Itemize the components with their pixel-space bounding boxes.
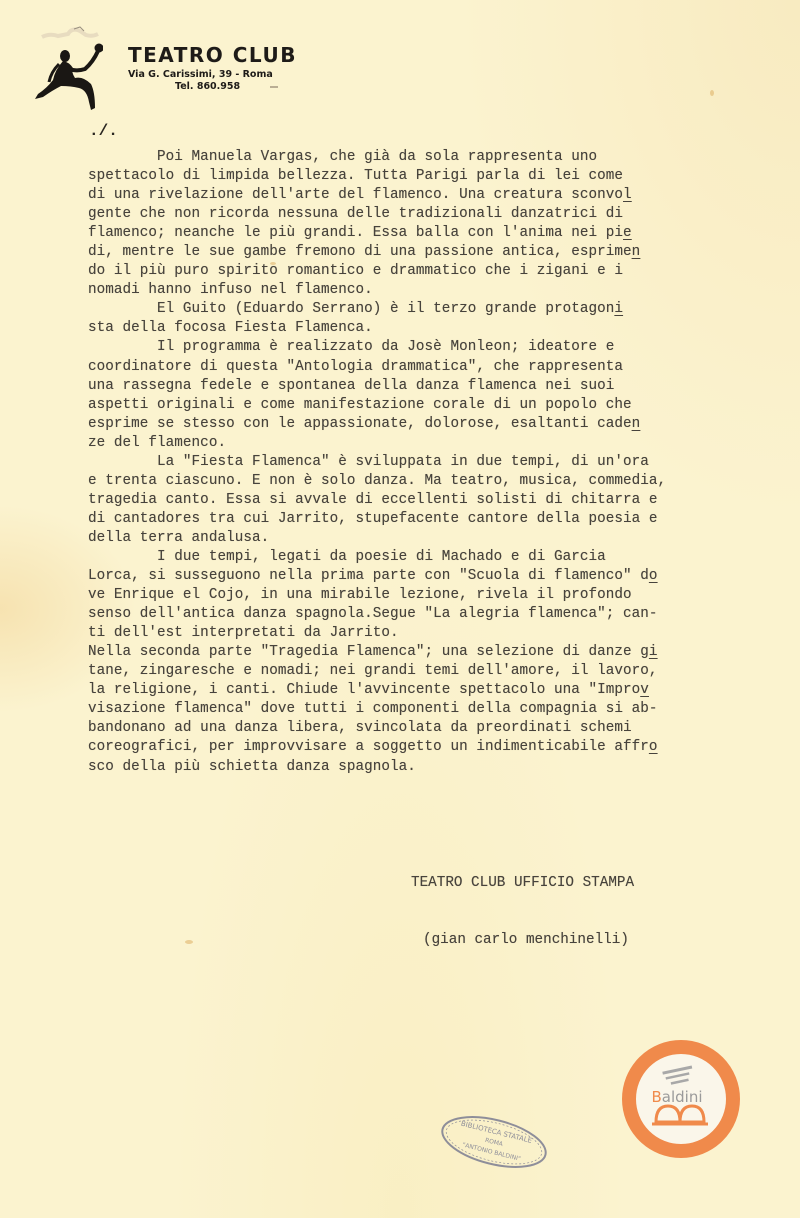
text-line: senso dell'antica danza spagnola.Segue "… — [88, 605, 768, 624]
press-release-body: Poi Manuela Vargas, che già da sola rapp… — [88, 148, 768, 777]
paper-tear-mark — [40, 25, 100, 43]
text-line: La "Fiesta Flamenca" è sviluppata in due… — [88, 453, 768, 472]
underlined-char: e — [623, 225, 632, 241]
paper-stain — [185, 940, 193, 944]
library-stamp-icon: BIBLIOTECA STATALE ROMA "ANTONIO BALDINI… — [437, 1113, 551, 1171]
text-line: sta della focosa Fiesta Flamenca. — [88, 319, 768, 338]
text-line: di, mentre le sue gambe fremono di una p… — [88, 243, 768, 262]
text-line: flamenco; neanche le più grandi. Essa ba… — [88, 224, 768, 243]
underlined-char: n — [632, 244, 641, 260]
text-line: Poi Manuela Vargas, che già da sola rapp… — [88, 148, 768, 167]
text-line: tragedia canto. Essa si avvale di eccell… — [88, 491, 768, 510]
underlined-char: o — [649, 739, 658, 755]
underlined-char: l — [623, 187, 632, 203]
baldini-library-logo-icon: Baldini — [620, 1038, 742, 1160]
continuation-mark: ./. — [89, 122, 118, 140]
organization-address: Via G. Carissimi, 39 - Roma — [128, 69, 297, 81]
underlined-char: i — [614, 301, 623, 317]
text-line: e trenta ciascuno. E non è solo danza. M… — [88, 472, 768, 491]
underlined-char: i — [649, 644, 658, 660]
baldini-wordmark: Baldini — [651, 1088, 702, 1106]
organization-name: TEATRO CLUB — [128, 44, 297, 66]
text-line: coreografici, per improvvisare a soggett… — [88, 738, 768, 757]
text-line: do il più puro spirito romantico e dramm… — [88, 262, 768, 281]
signature-block: TEATRO CLUB UFFICIO STAMPA (gian carlo m… — [411, 836, 634, 969]
text-line: aspetti originali e come manifestazione … — [88, 396, 768, 415]
underlined-char: n — [632, 416, 641, 432]
text-line: ze del flamenco. — [88, 434, 768, 453]
text-line: coordinatore di questa "Antologia dramma… — [88, 358, 768, 377]
text-line: di una rivelazione dell'arte del flamenc… — [88, 186, 768, 205]
text-line: esprime se stesso con le appassionate, d… — [88, 415, 768, 434]
underlined-char: v — [640, 682, 649, 698]
text-line: Lorca, si susseguono nella prima parte c… — [88, 567, 768, 586]
text-line: visazione flamenca" dove tutti i compone… — [88, 700, 768, 719]
text-line: sco della più schietta danza spagnola. — [88, 758, 768, 777]
text-line: spettacolo di limpida bellezza. Tutta Pa… — [88, 167, 768, 186]
text-line: Nella seconda parte "Tragedia Flamenca";… — [88, 643, 768, 662]
text-line: I due tempi, legati da poesie di Machado… — [88, 548, 768, 567]
text-line: Il programma è realizzato da Josè Monleo… — [88, 338, 768, 357]
signature-office: TEATRO CLUB UFFICIO STAMPA — [411, 874, 634, 893]
text-line: tane, zingaresche e nomadi; nei grandi t… — [88, 662, 768, 681]
text-line: nomadi hanno infuso nel flamenco. — [88, 281, 768, 300]
text-line: bandonano ad una danza libera, svincolat… — [88, 719, 768, 738]
organization-telephone: Tel. 860.958 — [175, 81, 297, 93]
text-line: ve Enrique el Cojo, in una mirabile lezi… — [88, 586, 768, 605]
pen-mark — [270, 86, 278, 88]
signature-name: (gian carlo menchinelli) — [423, 931, 634, 950]
paper-stain — [710, 90, 714, 96]
text-line: della terra andalusa. — [88, 529, 768, 548]
text-line: gente che non ricorda nessuna delle trad… — [88, 205, 768, 224]
text-line: una rassegna fedele e spontanea della da… — [88, 377, 768, 396]
text-line: di cantadores tra cui Jarrito, stupeface… — [88, 510, 768, 529]
underlined-char: o — [649, 568, 658, 584]
text-line: la religione, i canti. Chiude l'avvincen… — [88, 681, 768, 700]
text-line: ti dell'est interpretati da Jarrito. — [88, 624, 768, 643]
dancing-figure-logo-icon — [33, 42, 103, 110]
text-line: El Guito (Eduardo Serrano) è il terzo gr… — [88, 300, 768, 319]
